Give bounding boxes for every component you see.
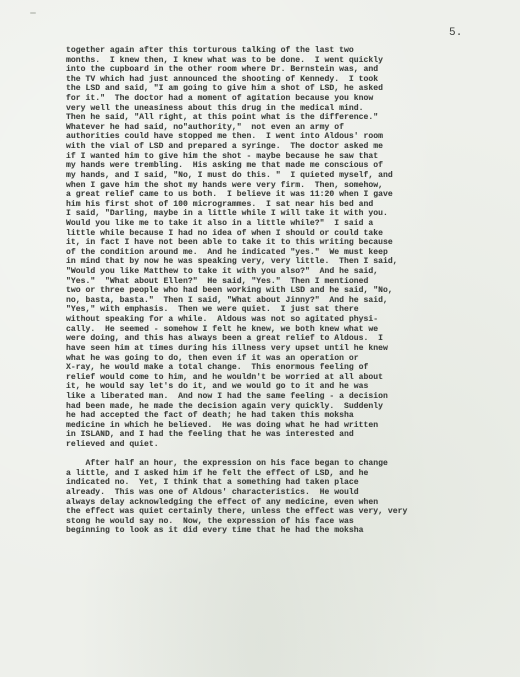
text-line: "Yes." "What about Ellen?" He said, "Yes… [66, 277, 506, 287]
paper-mark [30, 12, 36, 14]
text-line: like a liberated man. And now I had the … [66, 392, 506, 402]
text-line: indicated no. Yet, I think that a someth… [66, 478, 506, 488]
text-line: authorities could have stopped me then. … [66, 132, 506, 142]
text-line: of the condition around me. And he indic… [66, 248, 506, 258]
text-line: my hands, and I said, "No, I must do thi… [66, 171, 506, 181]
text-line: my hands were trembling. His asking me t… [66, 161, 506, 171]
text-line: very well the uneasiness about this drug… [66, 104, 506, 114]
text-line: together again after this torturous talk… [66, 46, 506, 56]
text-line: into the cupboard in the other room wher… [66, 65, 506, 75]
text-line: were doing, and this has always been a g… [66, 334, 506, 344]
text-line: stong he would say no. Now, the expressi… [66, 517, 506, 527]
text-line: he had accepted the fact of death; he ha… [66, 411, 506, 421]
paragraph-spacer [66, 450, 506, 460]
text-line: Would you like me to take it also in a l… [66, 219, 506, 229]
typewritten-page: 5. together again after this torturous t… [0, 0, 520, 677]
paragraph-2: After half an hour, the expression on hi… [66, 459, 506, 536]
text-line: had been made, he made the decision agai… [66, 402, 506, 412]
text-line: him his first shot of 100 microgrammes. … [66, 200, 506, 210]
text-line: always delay acknowledging the effect of… [66, 498, 506, 508]
text-line: "Would you like Matthew to take it with … [66, 267, 506, 277]
text-line: relieved and quiet. [66, 440, 506, 450]
text-line: already. This was one of Aldous' charact… [66, 488, 506, 498]
text-line: months. I knew then, I knew what was to … [66, 56, 506, 66]
text-line: little while because I had no idea of wh… [66, 229, 506, 239]
document-body: together again after this torturous talk… [66, 46, 506, 536]
text-line: Then he said, "All right, at this point … [66, 113, 506, 123]
text-line: a little, and I asked him if he felt the… [66, 469, 506, 479]
text-line: in ISLAND, and I had the feeling that he… [66, 430, 506, 440]
text-line: medicine in which he believed. He was do… [66, 421, 506, 431]
text-line: two or three people who had been working… [66, 286, 506, 296]
text-line: it, he would say let's do it, and we wou… [66, 382, 506, 392]
text-line: have seen him at times during his illnes… [66, 344, 506, 354]
text-line: the LSD and said, "I am going to give hi… [66, 84, 506, 94]
text-line: a great relief came to us both. I believ… [66, 190, 506, 200]
text-line: After half an hour, the expression on hi… [66, 459, 506, 469]
text-line: for it." The doctor had a moment of agit… [66, 94, 506, 104]
text-line: cally. He seemed - somehow I felt he kne… [66, 325, 506, 335]
text-line: beginning to look as it did every time t… [66, 526, 506, 536]
text-line: the TV which had just announced the shoo… [66, 75, 506, 85]
text-line: Whatever he had said, no"authority," not… [66, 123, 506, 133]
text-line: "Yes," with emphasis. Then we were quiet… [66, 305, 506, 315]
text-line: when I gave him the shot my hands were v… [66, 181, 506, 191]
text-line: in mind that by now he was speaking very… [66, 257, 506, 267]
text-line: the effect was quiet certainly there, un… [66, 507, 506, 517]
text-line: it, in fact I have not been able to take… [66, 238, 506, 248]
text-line: without speaking for a while. Aldous was… [66, 315, 506, 325]
page-number: 5. [449, 27, 463, 39]
text-line: with the vial of LSD and prepared a syri… [66, 142, 506, 152]
text-line: what he was going to do, then even if it… [66, 354, 506, 364]
text-line: X-ray, he would make a total change. Thi… [66, 363, 506, 373]
paragraph-1: together again after this torturous talk… [66, 46, 506, 450]
text-line: I said, "Darling, maybe in a little whil… [66, 209, 506, 219]
text-line: relief would come to him, and he wouldn'… [66, 373, 506, 383]
text-line: if I wanted him to give him the shot - m… [66, 152, 506, 162]
text-line: no, basta, basta." Then I said, "What ab… [66, 296, 506, 306]
